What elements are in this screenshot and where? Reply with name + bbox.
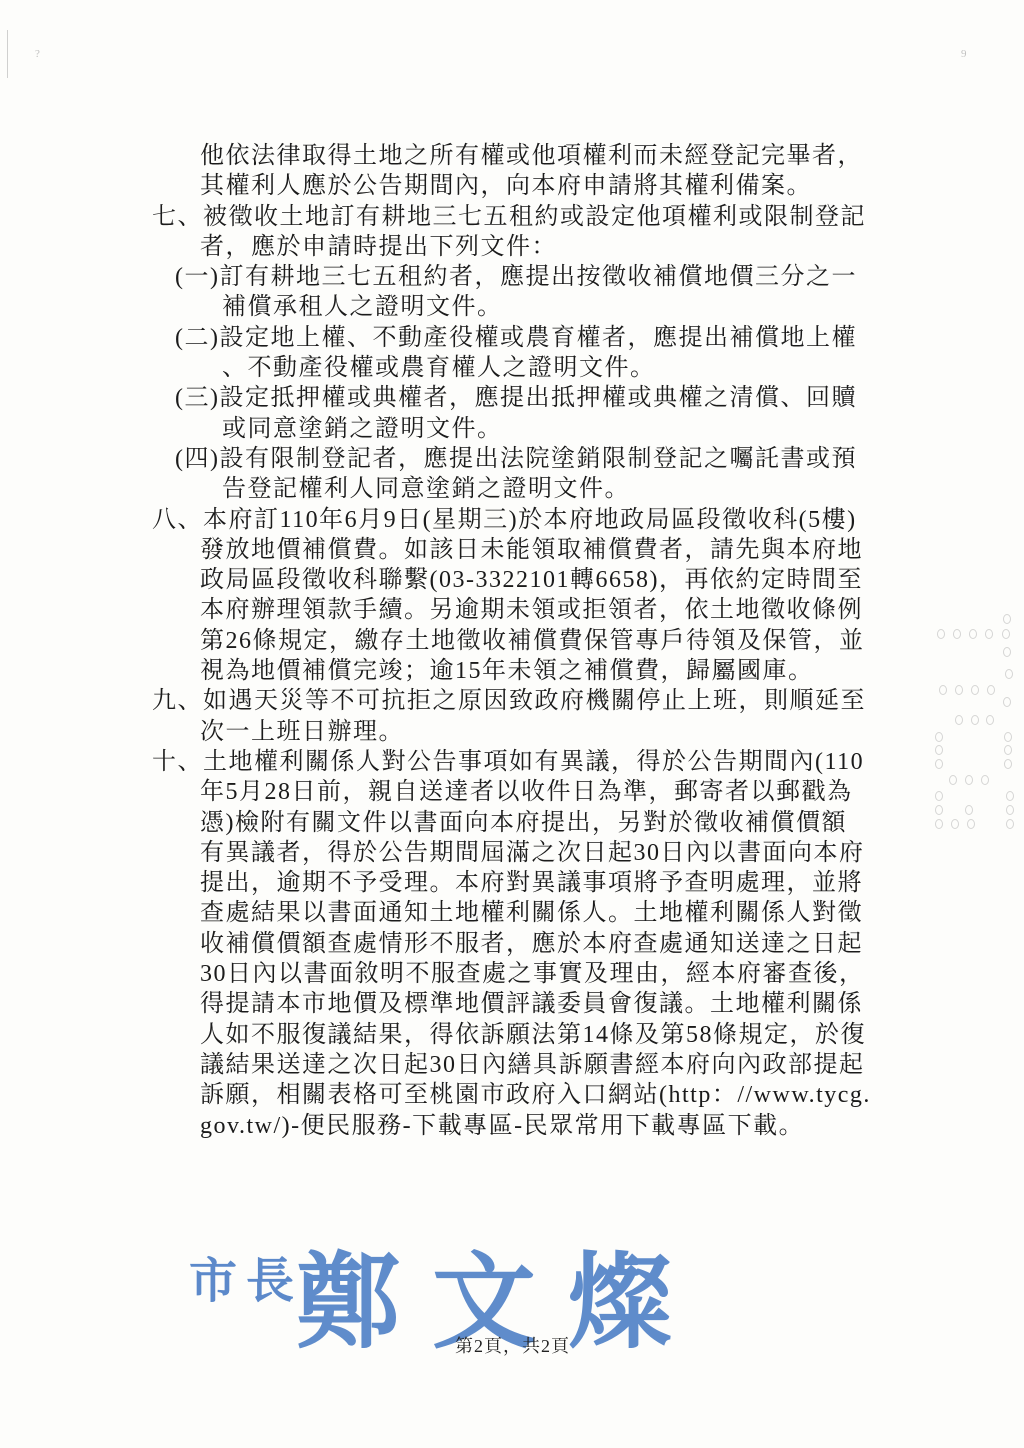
artifact-dot (935, 732, 943, 742)
text-line: 憑)檢附有關文件以書面向本府提出，另對於徵收補償價額 (200, 808, 871, 838)
artifact-dot (1006, 805, 1014, 815)
text-line: (四)設有限制登記者，應提出法院塗銷限制登記之囑託書或預 (175, 444, 871, 474)
text-line: 九、如遇天災等不可抗拒之原因致政府機關停止上班，則順延至 (152, 686, 871, 716)
artifact-dot (1006, 791, 1014, 801)
artifact-dot (1004, 759, 1012, 769)
artifact-dot (965, 775, 973, 785)
page-number: 第2頁，共2頁 (455, 1332, 570, 1358)
text-line: 訴願，相關表格可至桃園市政府入口網站(http：//www.tycg. (200, 1080, 871, 1110)
text-line: 議結果送達之次日起30日內繕具訴願書經本府向內政部提起 (200, 1050, 871, 1080)
announcement-body: 他依法律取得土地之所有權或他項權利而未經登記完畢者，其權利人應於公告期間內，向本… (0, 141, 871, 1141)
artifact-dot (955, 715, 963, 725)
text-line: 本府辦理領款手續。另逾期未領或拒領者，依土地徵收條例 (200, 595, 871, 625)
text-line: 收補償價額查處情形不服者，應於本府查處通知送達之日起 (200, 929, 871, 959)
artifact-dot (951, 819, 959, 829)
text-line: (三)設定抵押權或典權者，應提出抵押權或典權之清償、回贖 (175, 383, 871, 413)
item-label: (四) (175, 446, 219, 472)
artifact-dot (971, 715, 979, 725)
text-line: 八、本府訂110年6月9日(星期三)於本府地政局區段徵收科(5樓) (152, 505, 871, 535)
text-line: 次一上班日辦理。 (200, 717, 871, 747)
artifact-dot (1004, 732, 1012, 742)
artifact-dot (953, 629, 961, 639)
artifact-dot (971, 685, 979, 695)
item-label: 八、 (152, 507, 203, 533)
item-label: 七、 (152, 204, 203, 230)
text-line: 、不動產役權或農育權人之證明文件。 (222, 353, 871, 383)
text-line: 30日內以書面敘明不服查處之事實及理由，經本府審查後， (200, 959, 871, 989)
item-label: 九、 (152, 688, 203, 714)
mayor-title: 市長 (189, 1242, 303, 1311)
artifact-dot (969, 629, 977, 639)
text-line: 人如不服復議結果，得依訴願法第14條及第58條規定，於復 (200, 1020, 871, 1050)
text-line: 政局區段徵收科聯繫(03-3322101轉6658)，再依約定時間至 (200, 565, 871, 595)
item-label: (三) (175, 385, 219, 411)
artifact-dot (1004, 745, 1012, 755)
artifact-dot (949, 775, 957, 785)
item-label: 十、 (152, 749, 203, 775)
artifact-dot (1005, 669, 1013, 679)
text-line: 他依法律取得土地之所有權或他項權利而未經登記完畢者， (200, 141, 871, 171)
artifact-dot (935, 745, 943, 755)
artifact-dot (985, 629, 993, 639)
artifact-dot (1003, 614, 1011, 624)
text-line: 其權利人應於公告期間內，向本府申請將其權利備案。 (200, 171, 871, 201)
text-line: gov.tw/)-便民服務-下載專區-民眾常用下載專區下載。 (200, 1111, 871, 1141)
text-line: 年5月28日前，親自送達者以收件日為準，郵寄者以郵戳為 (200, 777, 871, 807)
item-label: (一) (175, 264, 219, 290)
artifact-dot (1003, 697, 1011, 707)
text-line: 者，應於申請時提出下列文件： (200, 232, 871, 262)
artifact-dot (935, 759, 943, 769)
artifact-dot (935, 819, 943, 829)
artifact-dot (1006, 819, 1014, 829)
text-line: 查處結果以書面通知土地權利關係人。土地權利關係人對徵 (200, 898, 871, 928)
artifact-dot (986, 715, 994, 725)
artifact-dot (1002, 629, 1010, 639)
artifact-dot (937, 629, 945, 639)
text-line: (一)訂有耕地三七五租約者，應提出按徵收補償地價三分之一 (175, 262, 871, 292)
text-line: 七、被徵收土地訂有耕地三七五租約或設定他項權利或限制登記 (152, 202, 871, 232)
scan-edge-artifact (7, 30, 8, 78)
text-line: 提出，逾期不予受理。本府對異議事項將予查明處理，並將 (200, 868, 871, 898)
item-label: (二) (175, 325, 219, 351)
scanned-announcement-page: ? 9 他依法律取得土地之所有權或他項權利而未經登記完畢者，其權利人應於公告期間… (0, 0, 1024, 1448)
scan-speck: ? (35, 48, 40, 60)
text-line: 第26條規定，繳存土地徵收補償費保管專戶待領及保管，並 (200, 626, 871, 656)
text-line: 十、土地權利關係人對公告事項如有異議，得於公告期間內(110 (152, 747, 871, 777)
text-line: 補償承租人之證明文件。 (222, 292, 871, 322)
artifact-dot (987, 685, 995, 695)
text-line: 告登記權利人同意塗銷之證明文件。 (222, 474, 871, 504)
text-line: 有異議者，得於公告期間屆滿之次日起30日內以書面向本府 (200, 838, 871, 868)
artifact-dot (965, 805, 973, 815)
artifact-dot (967, 819, 975, 829)
artifact-dot (939, 685, 947, 695)
text-line: 得提請本市地價及標準地價評議委員會復議。土地權利關係 (200, 989, 871, 1019)
text-line: 或同意塗銷之證明文件。 (222, 414, 871, 444)
text-line: 發放地價補償費。如該日未能領取補償費者，請先與本府地 (200, 535, 871, 565)
artifact-dot (955, 685, 963, 695)
artifact-dot (935, 791, 943, 801)
scan-speck: 9 (961, 48, 967, 60)
artifact-dot (1003, 647, 1011, 657)
artifact-dot (935, 805, 943, 815)
text-line: 視為地價補償完竣；逾15年未領之補償費，歸屬國庫。 (200, 656, 871, 686)
artifact-dot (981, 775, 989, 785)
text-line: (二)設定地上權、不動產役權或農育權者，應提出補償地上權 (175, 323, 871, 353)
